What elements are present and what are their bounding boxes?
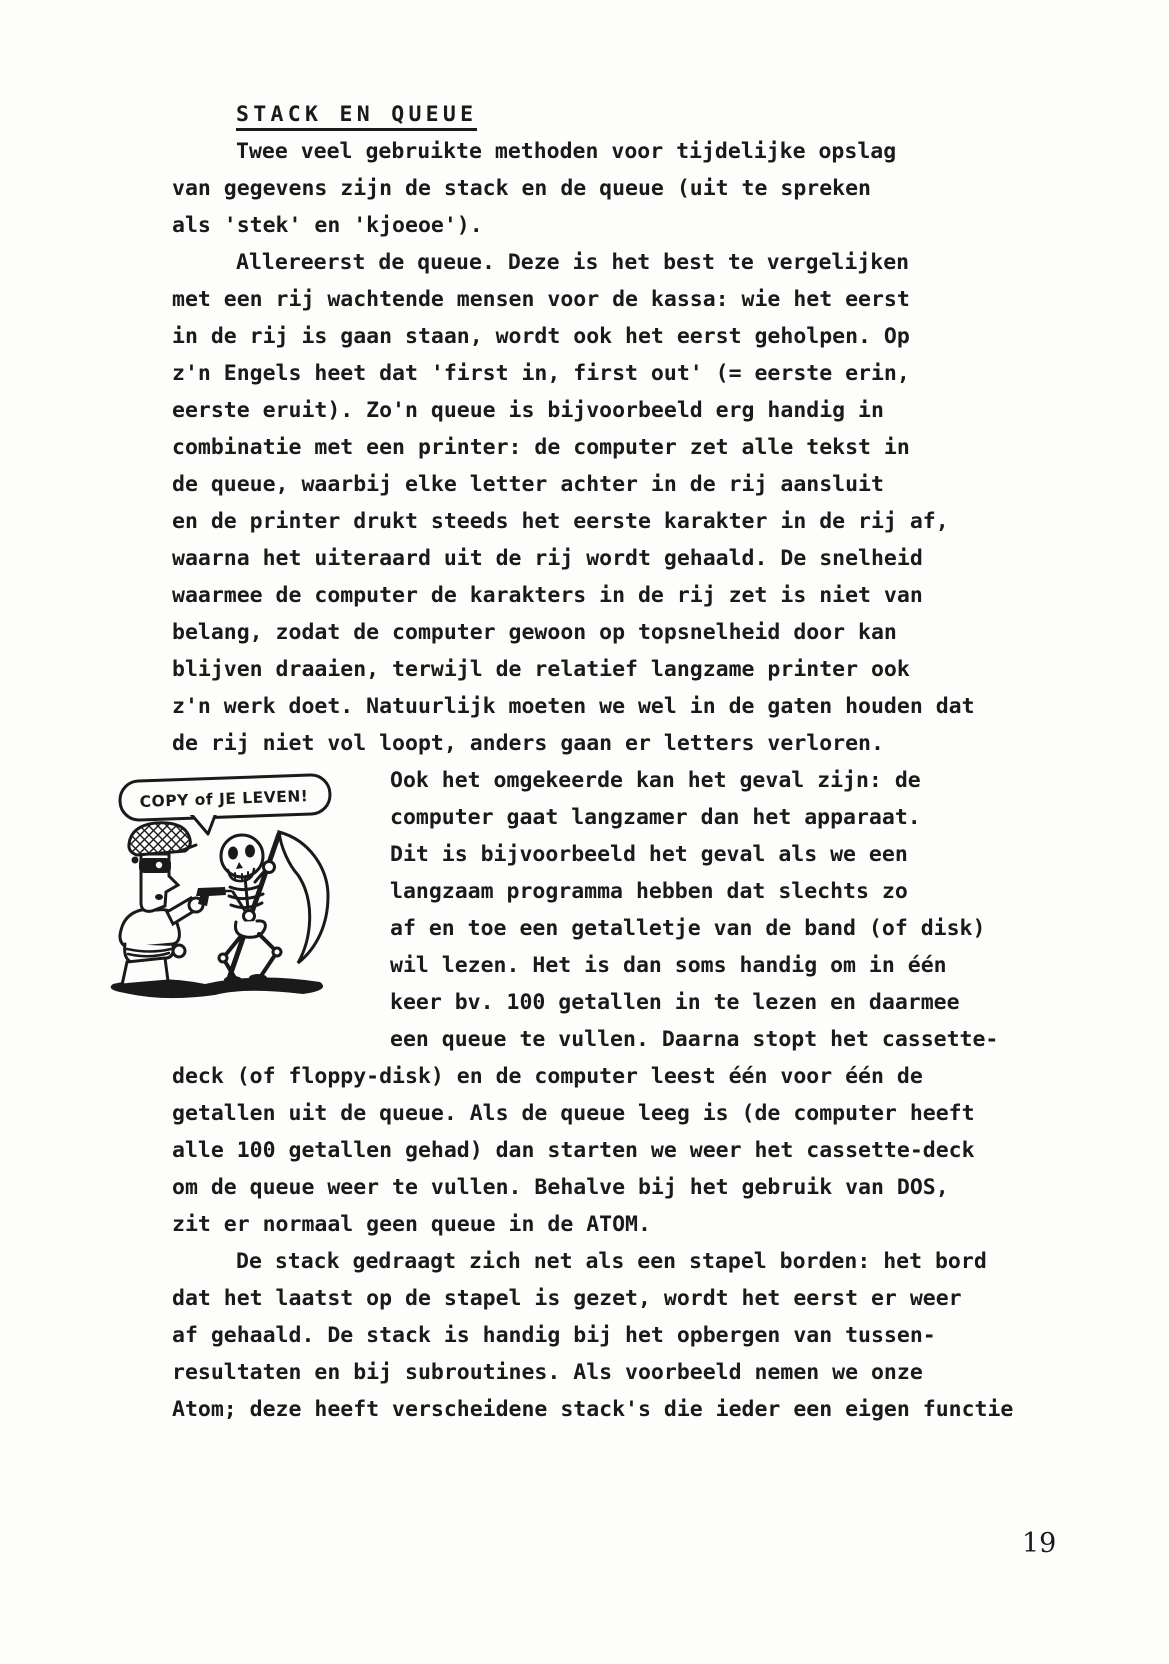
cartoon-illustration: COPY of JE LEVEN! — [95, 772, 345, 1004]
paragraph-intro: Twee veel gebruikte methoden voor tijdel… — [172, 133, 1002, 244]
revolver-icon — [196, 887, 226, 906]
paragraph-queue-printer: Allereerst de queue. Deze is het best te… — [172, 244, 1002, 762]
text-line: eerste eruit). Zo'n queue is bijvoorbeel… — [172, 392, 1002, 429]
text-line: van gegevens zijn de stack en de queue (… — [172, 170, 1002, 207]
text-line: waarmee de computer de karakters in de r… — [172, 577, 1002, 614]
text-line: resultaten en bij subroutines. Als voorb… — [172, 1354, 1002, 1391]
text-line: deck (of floppy-disk) en de computer lee… — [172, 1058, 1002, 1095]
text-line: af gehaald. De stack is handig bij het o… — [172, 1317, 1002, 1354]
text-line: z'n Engels heet dat 'first in, first out… — [172, 355, 1002, 392]
checkered-cap-icon — [129, 823, 190, 855]
text-line: langzaam programma hebben dat slechts zo — [390, 873, 1002, 910]
text-line: computer gaat langzamer dan het apparaat… — [390, 799, 1002, 836]
text-line: getallen uit de queue. Als de queue leeg… — [172, 1095, 1002, 1132]
text-line: waarna het uiteraard uit de rij wordt ge… — [172, 540, 1002, 577]
scanned-document-page: STACK EN QUEUE Twee veel gebruikte metho… — [0, 0, 1169, 1664]
text-line: combinatie met een printer: de computer … — [172, 429, 1002, 466]
robber-and-death-cartoon: COPY of JE LEVEN! — [95, 772, 345, 1004]
text-line: de rij niet vol loopt, anders gaan er le… — [172, 725, 1002, 762]
text-line: belang, zodat de computer gewoon op tops… — [172, 614, 1002, 651]
text-line: een queue te vullen. Daarna stopt het ca… — [390, 1021, 1002, 1058]
eye-mask — [139, 858, 171, 873]
page-title: STACK EN QUEUE — [236, 102, 477, 131]
text-line: Allereerst de queue. Deze is het best te… — [172, 244, 1002, 281]
paragraph-queue-continued: deck (of floppy-disk) en de computer lee… — [172, 1058, 1002, 1243]
robber-figure — [120, 823, 231, 993]
paragraph-stack: De stack gedraagt zich net als een stape… — [172, 1243, 1002, 1428]
text-line: de queue, waarbij elke letter achter in … — [172, 466, 1002, 503]
text-line: z'n werk doet. Natuurlijk moeten we wel … — [172, 688, 1002, 725]
page-content: STACK EN QUEUE Twee veel gebruikte metho… — [172, 96, 1002, 1428]
text-line: zit er normaal geen queue in de ATOM. — [172, 1206, 1002, 1243]
text-line: af en toe een getalletje van de band (of… — [390, 910, 1002, 947]
text-line: keer bv. 100 getallen in te lezen en daa… — [390, 984, 1002, 1021]
scythe-blade-icon — [279, 832, 328, 963]
text-line: De stack gedraagt zich net als een stape… — [172, 1243, 1002, 1280]
title-row: STACK EN QUEUE — [172, 96, 1002, 133]
text-line: alle 100 getallen gehad) dan starten we … — [172, 1132, 1002, 1169]
text-line: wil lezen. Het is dan soms handig om in … — [390, 947, 1002, 984]
text-line: als 'stek' en 'kjoeoe'). — [172, 207, 1002, 244]
text-line: in de rij is gaan staan, wordt ook het e… — [172, 318, 1002, 355]
page-number: 19 — [1022, 1528, 1056, 1559]
skeleton-figure — [219, 832, 328, 990]
text-line: dat het laatst op de stapel is gezet, wo… — [172, 1280, 1002, 1317]
text-line: om de queue weer te vullen. Behalve bij … — [172, 1169, 1002, 1206]
text-line: met een rij wachtende mensen voor de kas… — [172, 281, 1002, 318]
text-line: Dit is bijvoorbeeld het geval als we een — [390, 836, 1002, 873]
text-line: Atom; deze heeft verscheidene stack's di… — [172, 1391, 1002, 1428]
text-line: en de printer drukt steeds het eerste ka… — [172, 503, 1002, 540]
text-line: blijven draaien, terwijl de relatief lan… — [172, 651, 1002, 688]
text-line: Ook het omgekeerde kan het geval zijn: d… — [390, 762, 1002, 799]
paragraph-beside-illustration: Ook het omgekeerde kan het geval zijn: d… — [390, 762, 1002, 1058]
text-line: Twee veel gebruikte methoden voor tijdel… — [172, 133, 1002, 170]
